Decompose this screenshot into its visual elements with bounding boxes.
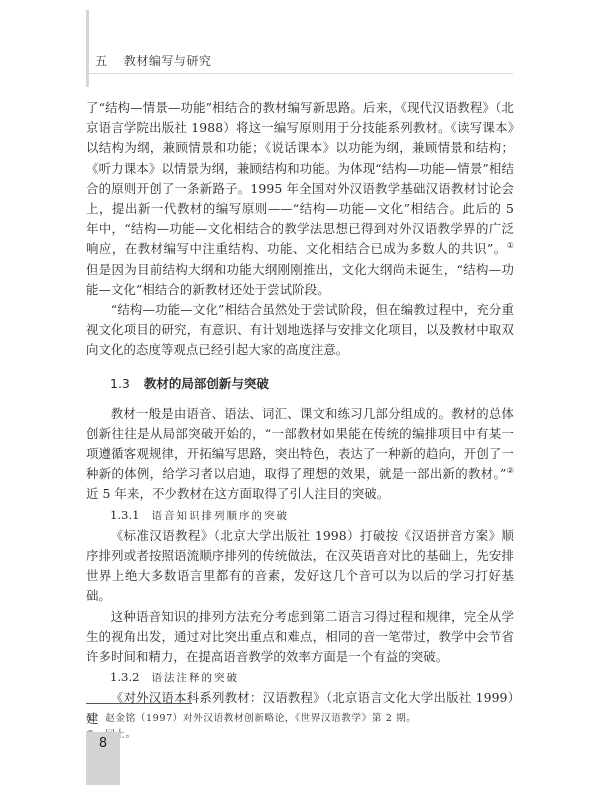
paragraph-2: “结构—功能—文化”相结合虽然处于尝试阶段，但在编教过程中，充分重视文化项目的研… — [86, 300, 514, 361]
footnote-rule — [86, 703, 192, 704]
running-head: 五 教材编写与研究 — [95, 52, 211, 69]
paragraph-3-text: 教材一般是由语音、语法、词汇、课文和练习几部分组成的。教材的总体创新往往是从局部… — [86, 406, 514, 482]
left-margin-bar — [86, 10, 89, 87]
paragraph-3: 教材一般是由语音、语法、词汇、课文和练习几部分组成的。教材的总体创新往往是从局部… — [86, 404, 514, 505]
body-text: 了“结构—情景—功能”相结合的教材编写新思路。后来，《现代汉语教程》（北京语言学… — [86, 98, 514, 729]
paragraph-3-tail: 近 5 年来，不少教材在这方面取得了引人注目的突破。 — [86, 486, 389, 501]
subsection-number: 1.3.1 — [110, 508, 140, 522]
subsection-title: 语法注释的突破 — [152, 672, 240, 684]
paragraph-5: 这种语音知识的排列方法充分考虑到第二语言习得过程和规律，完全从学生的视角出发，通… — [86, 607, 514, 668]
footnote-2: ②同上。 — [86, 727, 416, 743]
subsection-title: 语音知识排列顺序的突破 — [152, 510, 290, 522]
footnote-ref-2[interactable]: ② — [506, 466, 514, 475]
footnote-1: ①赵金铭（1997）对外汉语教材创新略论，《世界汉语教学》第 2 期。 — [86, 711, 416, 727]
page-number-box: 8 — [86, 732, 120, 785]
section-title: 教材的局部创新与突破 — [144, 376, 269, 391]
section-heading-1-3: 1.3教材的局部创新与突破 — [110, 374, 514, 394]
chapter-number: 五 — [95, 54, 108, 68]
chapter-title: 教材编写与研究 — [124, 54, 212, 68]
footnote-text: 赵金铭（1997）对外汉语教材创新略论，《世界汉语教学》第 2 期。 — [105, 713, 416, 724]
subsection-heading-1-3-1: 1.3.1语音知识排列顺序的突破 — [110, 505, 514, 526]
paragraph-1-text: 了“结构—情景—功能”相结合的教材编写新思路。后来，《现代汉语教程》（北京语言学… — [86, 100, 514, 256]
subsection-heading-1-3-2: 1.3.2语法注释的突破 — [110, 667, 514, 688]
paragraph-1: 了“结构—情景—功能”相结合的教材编写新思路。后来，《现代汉语教程》（北京语言学… — [86, 98, 514, 300]
footnotes: ①赵金铭（1997）对外汉语教材创新略论，《世界汉语教学》第 2 期。 ②同上。 — [86, 711, 416, 743]
paragraph-4: 《标准汉语教程》（北京大学出版社 1998）打破按《汉语拼音方案》顺序排列或者按… — [86, 526, 514, 607]
subsection-number: 1.3.2 — [110, 670, 140, 684]
page-number: 8 — [86, 736, 120, 751]
footnote-ref-1[interactable]: ① — [507, 241, 514, 250]
paragraph-1-tail: 但是因为目前结构大纲和功能大纲刚刚推出，文化大纲尚未诞生，“结构—功能—文化”相… — [86, 262, 514, 297]
header-rule — [89, 73, 513, 74]
footnote-mark: ① — [86, 713, 95, 724]
section-number: 1.3 — [110, 376, 130, 391]
